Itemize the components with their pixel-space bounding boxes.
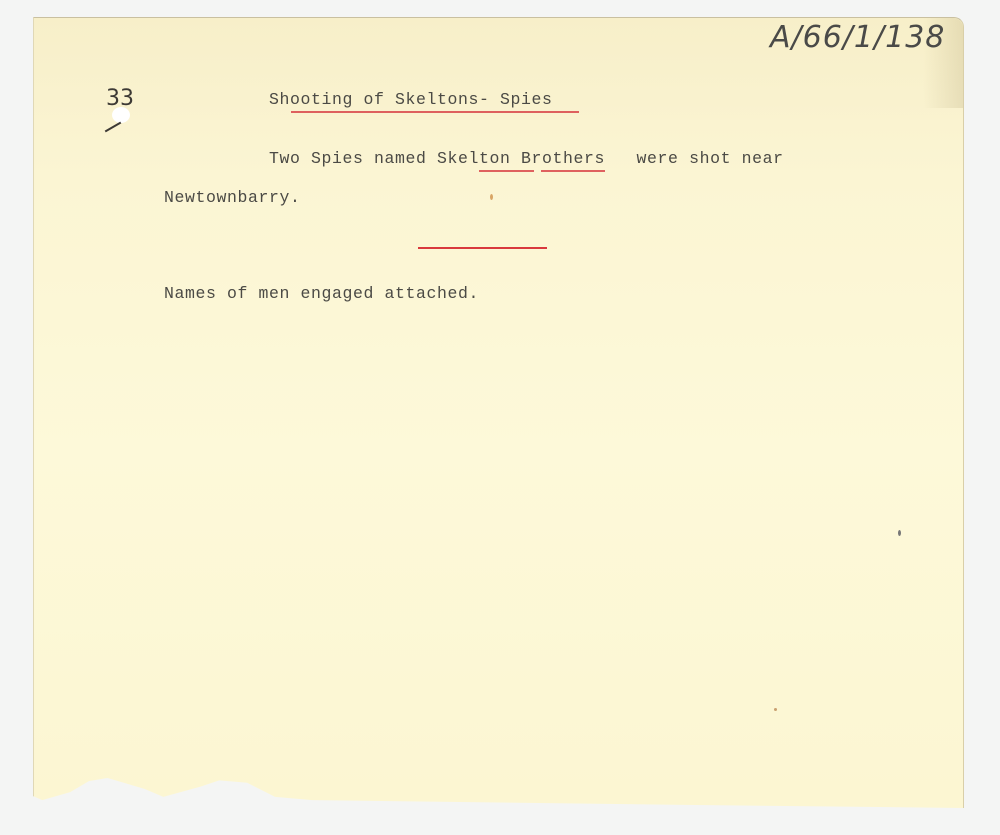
paper-speck xyxy=(490,194,493,200)
skelton-red-underline xyxy=(479,170,534,172)
title-red-underline xyxy=(291,111,579,113)
red-separator-line xyxy=(418,247,547,249)
document-title: Shooting of Skeltons- Spies xyxy=(269,90,553,109)
archive-reference: A/66/1/138 xyxy=(770,20,945,55)
paragraph-1-line-1: Two Spies named Skelton Brothers were sh… xyxy=(269,149,784,168)
document-page: A/66/1/138 33 Shooting of Skeltons- Spie… xyxy=(33,17,964,808)
paragraph-2: Names of men engaged attached. xyxy=(164,284,479,303)
paper-speck xyxy=(898,530,901,536)
paper-speck xyxy=(774,708,777,711)
paragraph-1-line-2: Newtownbarry. xyxy=(164,188,301,207)
pencil-tick-mark xyxy=(105,122,122,133)
brothers-red-underline xyxy=(541,170,605,172)
punch-hole xyxy=(112,107,130,123)
